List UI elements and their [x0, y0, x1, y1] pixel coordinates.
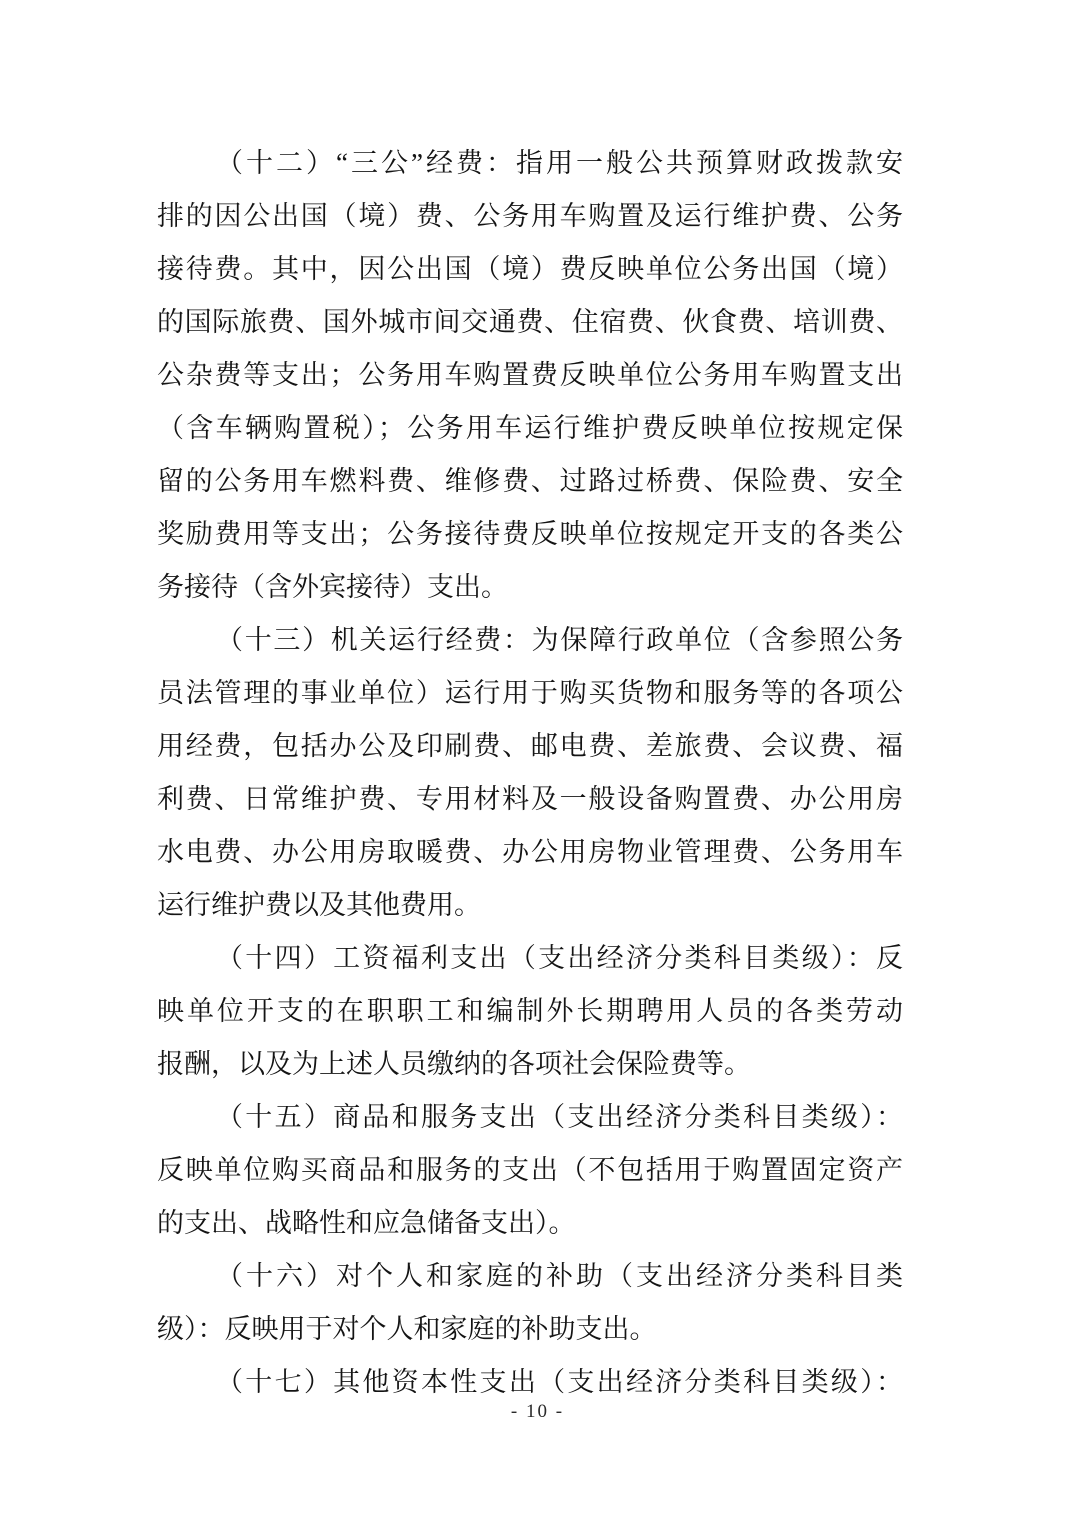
- text-line: 员法管理的事业单位）运行用于购买货物和服务等的各项公: [157, 667, 903, 720]
- text-line: 报酬，以及为上述人员缴纳的各项社会保险费等。: [157, 1038, 903, 1091]
- text-line: 反映单位购买商品和服务的支出（不包括用于购置固定资产: [157, 1144, 903, 1197]
- paragraph: （十六）对个人和家庭的补助（支出经济分类科目类级）：反映用于对个人和家庭的补助支…: [157, 1250, 903, 1356]
- text-line: 水电费、办公用房取暖费、办公用房物业管理费、公务用车: [157, 826, 903, 879]
- document-body: （十二）“三公”经费：指用一般公共预算财政拨款安排的因公出国（境）费、公务用车购…: [157, 137, 903, 1409]
- text-line: （十三）机关运行经费：为保障行政单位（含参照公务: [157, 614, 903, 667]
- text-line: （十四）工资福利支出（支出经济分类科目类级）：反: [157, 932, 903, 985]
- text-line: 排的因公出国（境）费、公务用车购置及运行维护费、公务: [157, 190, 903, 243]
- document-page: （十二）“三公”经费：指用一般公共预算财政拨款安排的因公出国（境）费、公务用车购…: [0, 0, 1075, 1520]
- text-line: 接待费。其中，因公出国（境）费反映单位公务出国（境）: [157, 243, 903, 296]
- text-line: （含车辆购置税）；公务用车运行维护费反映单位按规定保: [157, 402, 903, 455]
- page-number: - 10 -: [0, 1400, 1075, 1424]
- text-line: 奖励费用等支出；公务接待费反映单位按规定开支的各类公: [157, 508, 903, 561]
- text-line: 用经费，包括办公及印刷费、邮电费、差旅费、会议费、福: [157, 720, 903, 773]
- text-line: （十五）商品和服务支出（支出经济分类科目类级）：: [157, 1091, 903, 1144]
- text-line: （十二）“三公”经费：指用一般公共预算财政拨款安: [157, 137, 903, 190]
- text-line: 利费、日常维护费、专用材料及一般设备购置费、办公用房: [157, 773, 903, 826]
- paragraph: （十三）机关运行经费：为保障行政单位（含参照公务员法管理的事业单位）运行用于购买…: [157, 614, 903, 932]
- paragraph: （十二）“三公”经费：指用一般公共预算财政拨款安排的因公出国（境）费、公务用车购…: [157, 137, 903, 614]
- text-line: （十六）对个人和家庭的补助（支出经济分类科目类: [157, 1250, 903, 1303]
- text-line: 留的公务用车燃料费、维修费、过路过桥费、保险费、安全: [157, 455, 903, 508]
- text-line: 映单位开支的在职职工和编制外长期聘用人员的各类劳动: [157, 985, 903, 1038]
- text-line: 运行维护费以及其他费用。: [157, 879, 903, 932]
- text-line: 务接待（含外宾接待）支出。: [157, 561, 903, 614]
- text-line: 的支出、战略性和应急储备支出）。: [157, 1197, 903, 1250]
- paragraph: （十四）工资福利支出（支出经济分类科目类级）：反映单位开支的在职职工和编制外长期…: [157, 932, 903, 1091]
- paragraph: （十五）商品和服务支出（支出经济分类科目类级）：反映单位购买商品和服务的支出（不…: [157, 1091, 903, 1250]
- text-line: 公杂费等支出；公务用车购置费反映单位公务用车购置支出: [157, 349, 903, 402]
- text-line: 级）：反映用于对个人和家庭的补助支出。: [157, 1303, 903, 1356]
- text-line: 的国际旅费、国外城市间交通费、住宿费、伙食费、培训费、: [157, 296, 903, 349]
